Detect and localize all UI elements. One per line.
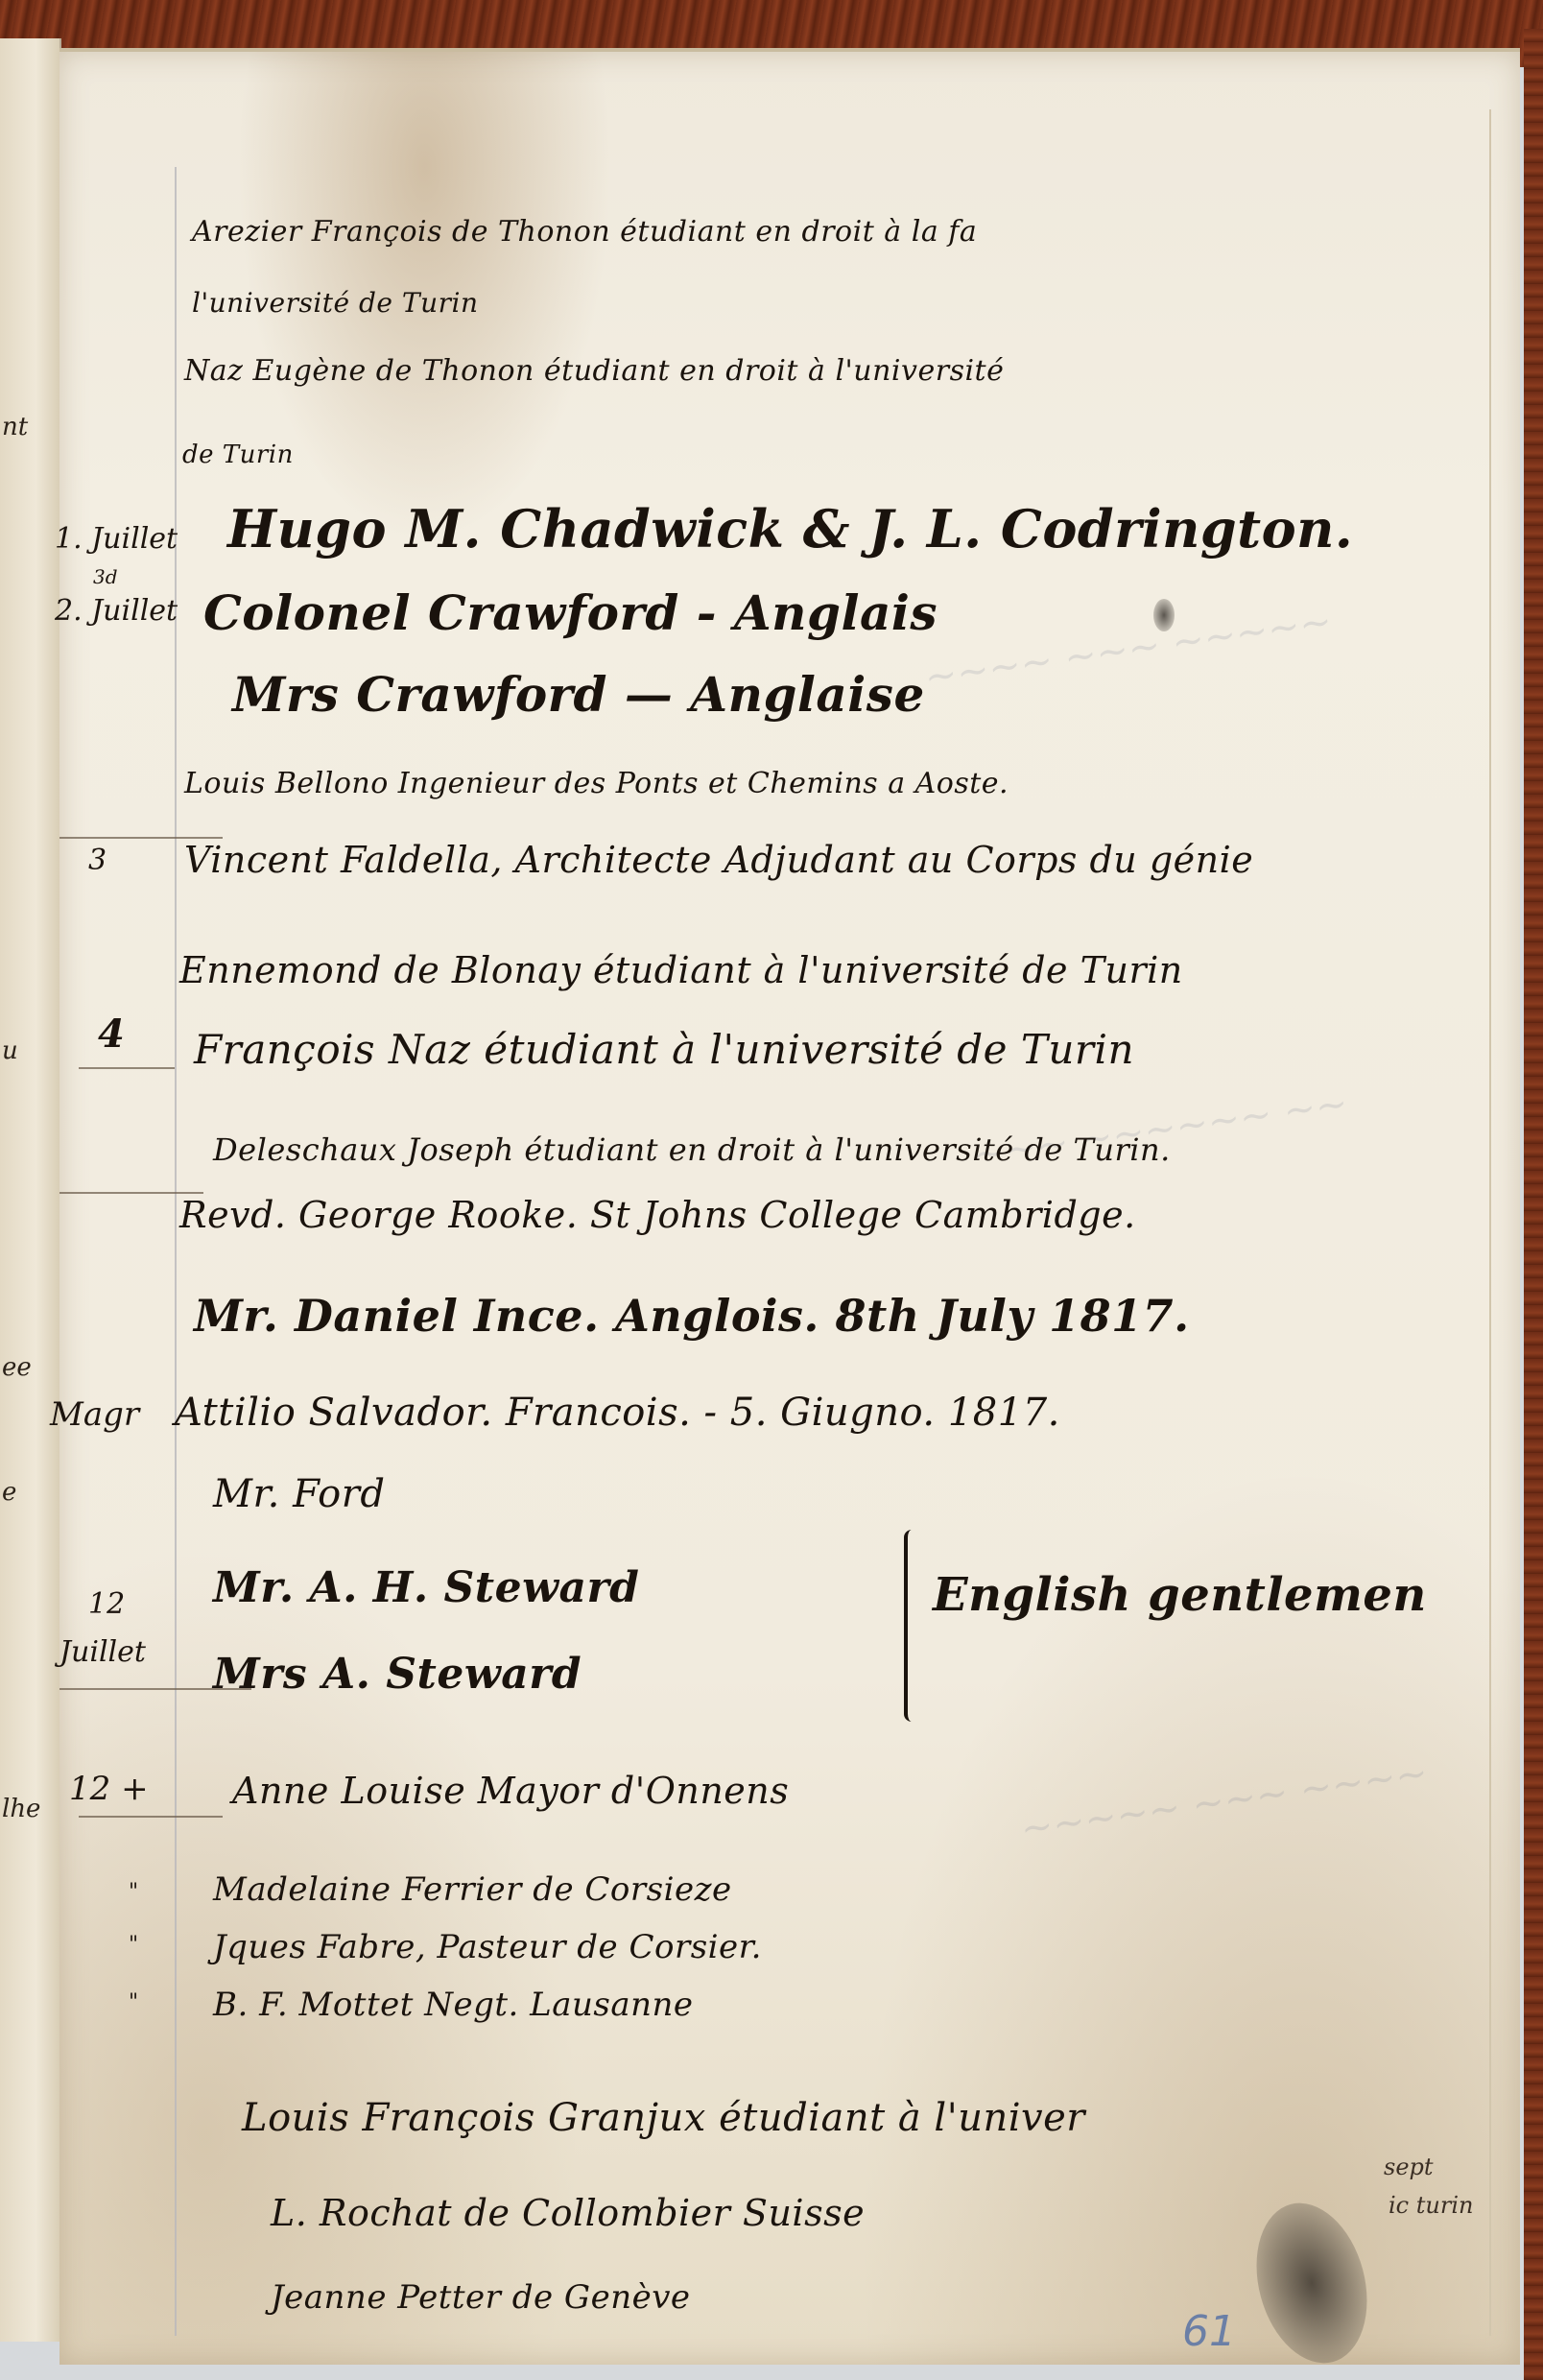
entry-date: Magr (50, 1395, 139, 1434)
register-entry: Mr. Daniel Ince. Anglois. 8th July 1817. (194, 1290, 1190, 1342)
book-cover-right-edge (1524, 29, 1543, 2380)
facing-page-fragment: u (2, 1036, 18, 1065)
ditto-mark: " (129, 1880, 138, 1904)
entry-date: 1. Juillet (55, 522, 178, 556)
register-entry: Jques Fabre, Pasteur de Corsier. (213, 1928, 762, 1966)
register-entry: Mr. Ford (213, 1472, 386, 1516)
facing-page-fragment: e (2, 1478, 16, 1507)
entry-date: 3 (88, 844, 107, 877)
ditto-mark: " (129, 1990, 138, 2014)
register-page: ~~~~ ~~~ ~~~~~ ~~~ ~~~~~~ ~~ ~~~~~ ~~~ ~… (59, 48, 1520, 2365)
ditto-mark: " (129, 1933, 138, 1957)
entry-date: Juillet (59, 1635, 146, 1669)
register-entry: Arezier François de Thonon étudiant en d… (192, 215, 977, 249)
register-entry: Mrs A. Steward (213, 1650, 582, 1699)
entry-date: 12 + (69, 1770, 149, 1808)
register-entry: Deleschaux Joseph étudiant en droit à l'… (213, 1131, 1171, 1168)
register-entry: Naz Eugène de Thonon étudiant en droit à… (184, 354, 1004, 388)
register-entry: Anne Louise Mayor d'Onnens (232, 1770, 789, 1812)
register-entry: Ennemond de Blonay étudiant à l'universi… (179, 949, 1183, 991)
register-entry: Jeanne Petter de Genève (271, 2278, 691, 2317)
margin-rule (175, 167, 177, 2336)
side-note: sept (1384, 2154, 1434, 2180)
grouping-brace (904, 1530, 921, 1722)
register-entry: l'université de Turin (192, 287, 478, 319)
register-entry: Mr. A. H. Steward (213, 1563, 639, 1612)
bleed-through-ink: ~~~~ ~~~ ~~~~~ (922, 599, 1335, 700)
register-entry: Revd. George Rooke. St Johns College Cam… (179, 1194, 1136, 1236)
entry-date: 2. Juillet (55, 594, 178, 628)
ink-blot (1153, 599, 1175, 631)
register-entry: B. F. Mottet Negt. Lausanne (213, 1986, 694, 2024)
register-entry: Louis François Granjux étudiant à l'univ… (242, 2096, 1085, 2140)
entry-date: 4 (98, 1011, 125, 1057)
entry-date-note: 3d (93, 565, 118, 588)
page-edge-fold (1489, 109, 1491, 2336)
bracket-annotation: English gentlemen (933, 1568, 1427, 1622)
entry-date: 12 (88, 1587, 125, 1621)
date-separator (79, 1067, 175, 1069)
thumbprint-smudge (1240, 2191, 1384, 2376)
facing-page-fragment: ee (2, 1353, 32, 1382)
register-entry: Vincent Faldella, Architecte Adjudant au… (184, 839, 1253, 881)
register-entry: de Turin (182, 440, 294, 469)
folio-number: 61 (1182, 2307, 1236, 2356)
date-separator (79, 1816, 223, 1818)
register-entry: L. Rochat de Collombier Suisse (271, 2192, 865, 2234)
facing-page-fragment: lhe (2, 1795, 40, 1823)
bleed-through-ink: ~~~~~ ~~~ ~~~~ (1018, 1750, 1431, 1851)
register-entry: Hugo M. Chadwick & J. L. Codrington. (227, 498, 1353, 559)
side-note: ic turin (1389, 2192, 1473, 2219)
register-entry: Mrs Crawford — Anglaise (232, 666, 925, 723)
facing-page-edge: nt u ee e lhe (0, 38, 61, 2342)
register-entry: Attilio Salvador. Francois. - 5. Giugno.… (175, 1391, 1060, 1435)
register-entry: Colonel Crawford - Anglais (203, 584, 938, 641)
facing-page-fragment: nt (2, 413, 28, 441)
register-entry: François Naz étudiant à l'université de … (194, 1026, 1134, 1073)
register-entry: Louis Bellono Ingenieur des Ponts et Che… (184, 767, 1009, 800)
register-entry: Madelaine Ferrier de Corsieze (213, 1870, 732, 1909)
